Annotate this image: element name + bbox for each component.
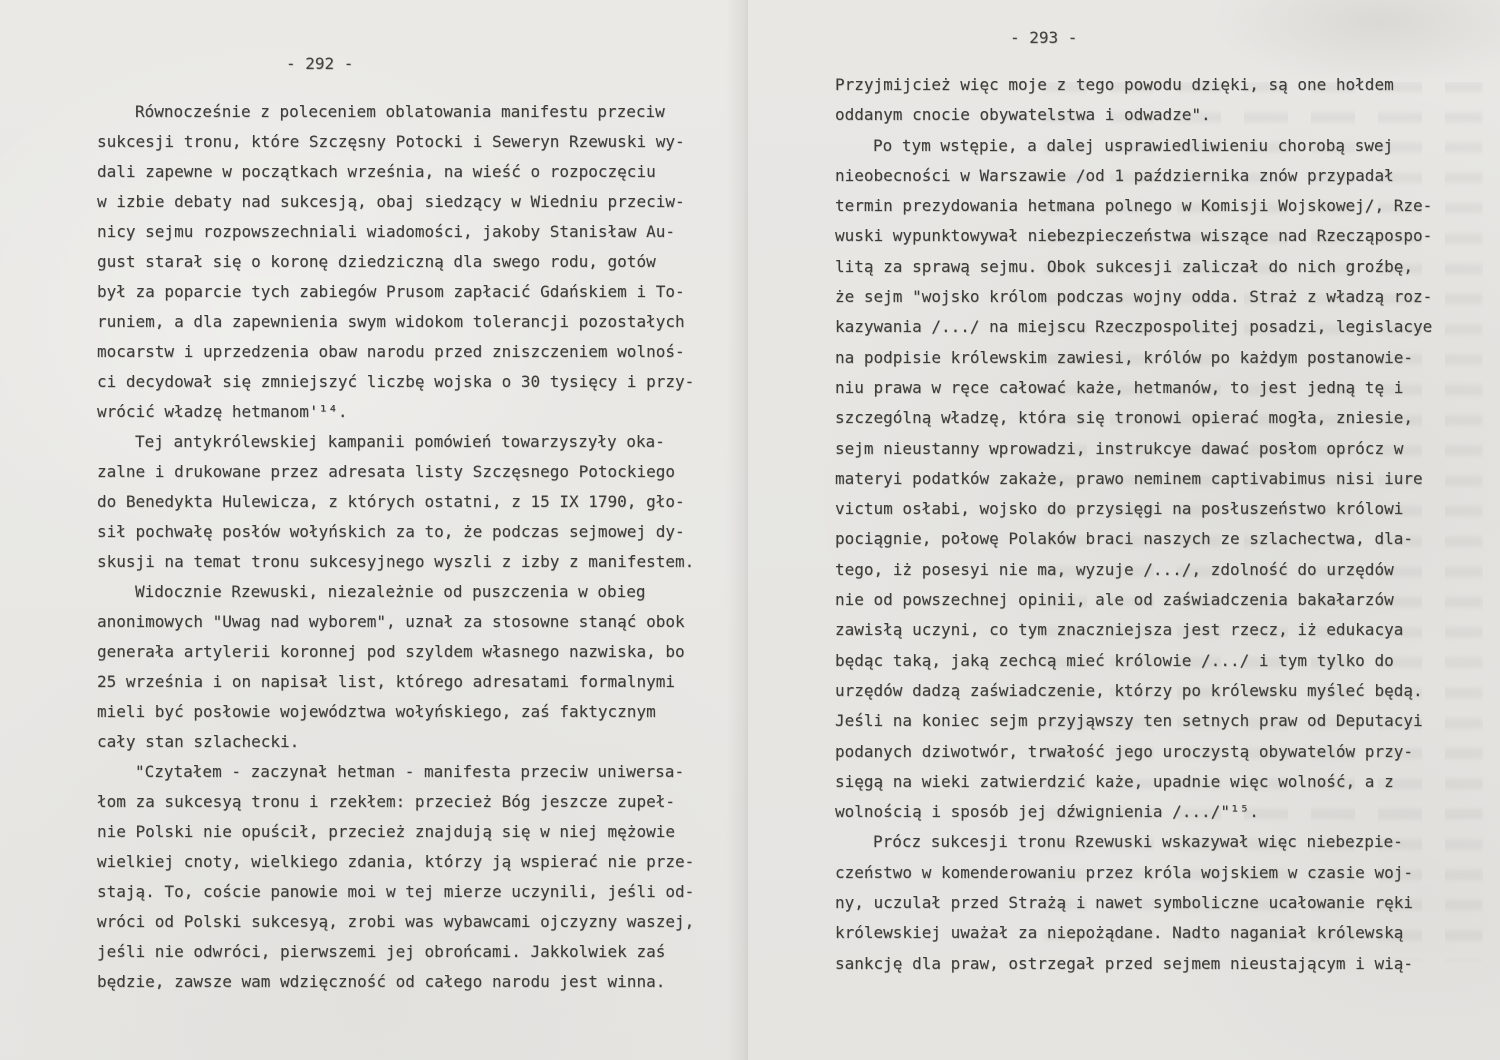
text-line: wolnością i sposób jej dźwignienia /.../…: [835, 797, 1475, 827]
text-line: materyi podatków zakaże, prawo neminem c…: [835, 464, 1475, 494]
text-line: Po tym wstępie, a dalej usprawiedliwieni…: [835, 131, 1475, 161]
text-line: zalne i drukowane przez adresata listy S…: [97, 457, 727, 487]
text-line: ci decydował się zmniejszyć liczbę wojsk…: [97, 367, 727, 397]
text-line: królewskiej uważał za niepożądane. Nadto…: [835, 918, 1475, 948]
text-line: Prócz sukcesji tronu Rzewuski wskazywał …: [835, 827, 1475, 857]
text-line: do Benedykta Hulewicza, z których ostatn…: [97, 487, 727, 517]
text-line: "Czytałem - zaczynał hetman - manifesta …: [97, 757, 727, 787]
book-spread-scan: - 292 - Równocześnie z poleceniem oblato…: [0, 0, 1500, 1060]
text-line: tego, iż posesyi nie ma, wyzuje /.../, z…: [835, 555, 1475, 585]
page-number-left: - 292 -: [286, 54, 353, 73]
text-line: sankcję dla praw, ostrzegał przed sejmem…: [835, 949, 1475, 979]
text-line: łom za sukcesyą tronu i rzekłem: przecie…: [97, 787, 727, 817]
text-line: sukcesji tronu, które Szczęsny Potocki i…: [97, 127, 727, 157]
text-line: generała artylerii koronnej pod szyldem …: [97, 637, 727, 667]
text-line: nicy sejmu rozpowszechniali wiadomości, …: [97, 217, 727, 247]
text-line: wróci od Polski sukcesyą, zrobi was wyba…: [97, 907, 727, 937]
text-line: niu prawa w ręce całować każe, hetmanów,…: [835, 373, 1475, 403]
text-line: wuski wypunktowywał niebezpieczeństwa wi…: [835, 221, 1475, 251]
text-line: urzędów dadzą zaświadczenie, którzy po k…: [835, 676, 1475, 706]
text-line: że sejm "wojsko królom podczas wojny odd…: [835, 282, 1475, 312]
text-line: skusji na temat tronu sukcesyjnego wyszl…: [97, 547, 727, 577]
text-line: na podpisie królewskim zawiesi, królów p…: [835, 343, 1475, 373]
text-line: termin prezydowania hetmana polnego w Ko…: [835, 191, 1475, 221]
page-292: - 292 - Równocześnie z poleceniem oblato…: [0, 0, 748, 1060]
text-line: będzie, zawsze wam wdzięczność od całego…: [97, 967, 727, 997]
text-line: ny, uczulał przed Strażą i nawet symboli…: [835, 888, 1475, 918]
text-line: Równocześnie z poleceniem oblatowania ma…: [97, 97, 727, 127]
page-292-text-block: Równocześnie z poleceniem oblatowania ma…: [97, 97, 727, 997]
text-line: nieobecności w Warszawie /od 1 październ…: [835, 161, 1475, 191]
text-line: nie od powszechnej opinii, ale od zaświa…: [835, 585, 1475, 615]
text-line: pociągnie, połowę Polaków braci naszych …: [835, 524, 1475, 554]
text-line: Przyjmijcież więc moje z tego powodu dzi…: [835, 70, 1475, 100]
text-line: nie Polski nie opuścił, przecież znajduj…: [97, 817, 727, 847]
text-line: zawisłą uczyni, co tym znaczniejsza jest…: [835, 615, 1475, 645]
text-line: victum osłabi, wojsko do przysięgi na po…: [835, 494, 1475, 524]
text-line: czeństwo w komenderowaniu przez króla wo…: [835, 858, 1475, 888]
text-line: oddanym cnocie obywatelstwa i odwadze".: [835, 100, 1475, 130]
text-line: w izbie debaty nad sukcesją, obaj siedzą…: [97, 187, 727, 217]
page-293: - 293 - Przyjmijcież więc moje z tego po…: [748, 0, 1500, 1060]
text-line: cały stan szlachecki.: [97, 727, 727, 757]
text-line: anonimowych "Uwag nad wyborem", uznał za…: [97, 607, 727, 637]
text-line: litą za sprawą sejmu. Obok sukcesji zali…: [835, 252, 1475, 282]
page-293-text-block: Przyjmijcież więc moje z tego powodu dzi…: [835, 70, 1475, 979]
text-line: był za poparcie tych zabiegów Prusom zap…: [97, 277, 727, 307]
text-line: stają. To, coście panowie moi w tej mier…: [97, 877, 727, 907]
text-line: sejm nieustanny wprowadzi, instrukcye da…: [835, 434, 1475, 464]
text-line: Tej antykrólewskiej kampanii pomówień to…: [97, 427, 727, 457]
text-line: podanych dziwotwór, trwałość jego uroczy…: [835, 737, 1475, 767]
text-line: jeśli nie odwróci, pierwszemi jej obrońc…: [97, 937, 727, 967]
text-line: kazywania /.../ na miejscu Rzeczpospolit…: [835, 312, 1475, 342]
text-line: 25 września i on napisał list, którego a…: [97, 667, 727, 697]
text-line: gust starał się o koronę dziedziczną dla…: [97, 247, 727, 277]
page-number-right: - 293 -: [1010, 28, 1077, 47]
text-line: wielkiej cnoty, wielkiego zdania, którzy…: [97, 847, 727, 877]
text-line: Jeśli na koniec sejm przyjąwszy ten setn…: [835, 706, 1475, 736]
text-line: szczególną władzę, która się tronowi opi…: [835, 403, 1475, 433]
text-line: mieli być posłowie województwa wołyńskie…: [97, 697, 727, 727]
text-line: sił pochwałę posłów wołyńskich za to, że…: [97, 517, 727, 547]
text-line: wrócić władzę hetmanom'¹⁴.: [97, 397, 727, 427]
text-line: sięgą na wieki zatwierdzić każe, upadnie…: [835, 767, 1475, 797]
text-line: dali zapewne w początkach września, na w…: [97, 157, 727, 187]
text-line: Widocznie Rzewuski, niezależnie od puszc…: [97, 577, 727, 607]
text-line: runiem, a dla zapewnienia swym widokom t…: [97, 307, 727, 337]
text-line: mocarstw i uprzedzenia obaw narodu przed…: [97, 337, 727, 367]
text-line: będąc taką, jaką zechcą mieć królowie /.…: [835, 646, 1475, 676]
